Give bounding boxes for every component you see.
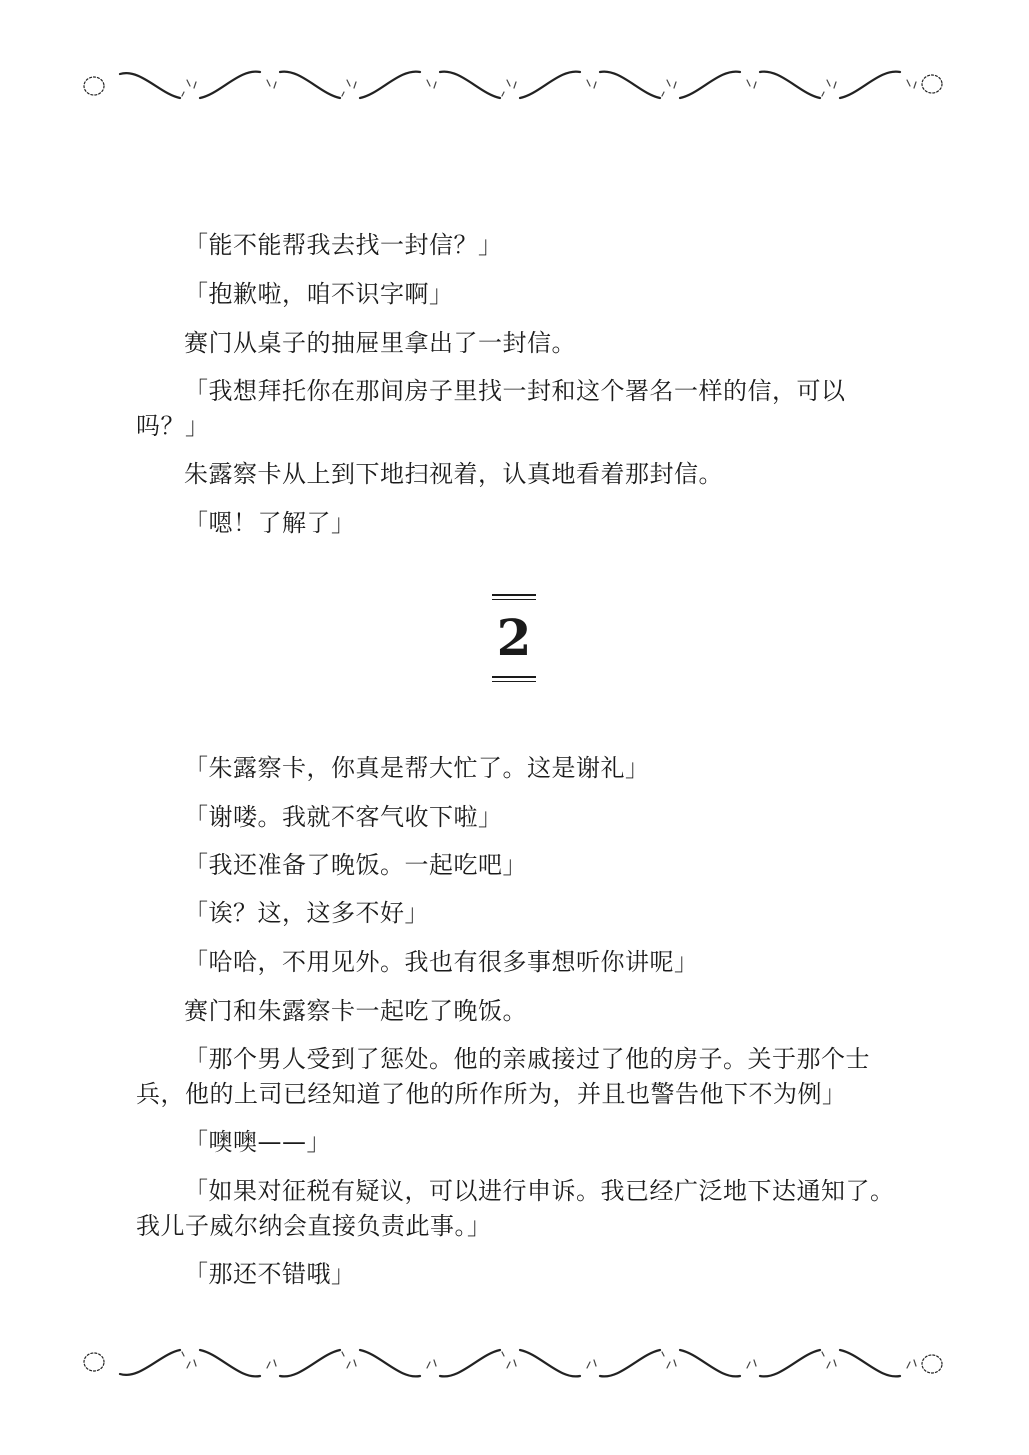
top-ornament-border	[80, 64, 950, 108]
dialogue-line: 「我还准备了晚饭。一起吃吧」	[136, 848, 896, 883]
dialogue-line: 「谢喽。我就不客气收下啦」	[136, 800, 896, 835]
dialogue-line: 「抱歉啦，咱不识字啊」	[136, 277, 896, 312]
dialogue-line: 「噢噢——」	[136, 1125, 896, 1160]
dialogue-line: 「我想拜托你在那间房子里找一封和这个署名一样的信，可以吗？」	[136, 374, 896, 444]
dialogue-line: 「哈哈，不用见外。我也有很多事想听你讲呢」	[136, 945, 896, 980]
flourish-icon	[80, 64, 950, 108]
chapter-rule-bottom	[492, 676, 536, 682]
dialogue-line: 「诶？这，这多不好」	[136, 896, 896, 931]
dialogue-line: 「如果对征税有疑议，可以进行申诉。我已经广泛地下达通知了。我儿子威尔纳会直接负责…	[136, 1174, 896, 1244]
narration-line: 朱露察卡从上到下地扫视着，认真地看着那封信。	[136, 457, 896, 492]
chapter-break: 2	[490, 594, 538, 686]
dialogue-line: 「朱露察卡，你真是帮大忙了。这是谢礼」	[136, 751, 896, 786]
chapter-number: 2	[490, 608, 538, 668]
bottom-ornament-border	[80, 1340, 950, 1384]
narration-line: 赛门从桌子的抽屉里拿出了一封信。	[136, 326, 896, 361]
dialogue-line: 「那个男人受到了惩处。他的亲戚接过了他的房子。关于那个士兵，他的上司已经知道了他…	[136, 1042, 896, 1112]
flourish-icon	[80, 1340, 950, 1384]
narration-line: 赛门和朱露察卡一起吃了晚饭。	[136, 994, 896, 1029]
dialogue-line: 「那还不错哦」	[136, 1257, 896, 1292]
chapter-rule-top	[492, 594, 536, 600]
dialogue-line: 「能不能帮我去找一封信？」	[136, 228, 896, 263]
dialogue-line: 「嗯！了解了」	[136, 506, 896, 541]
